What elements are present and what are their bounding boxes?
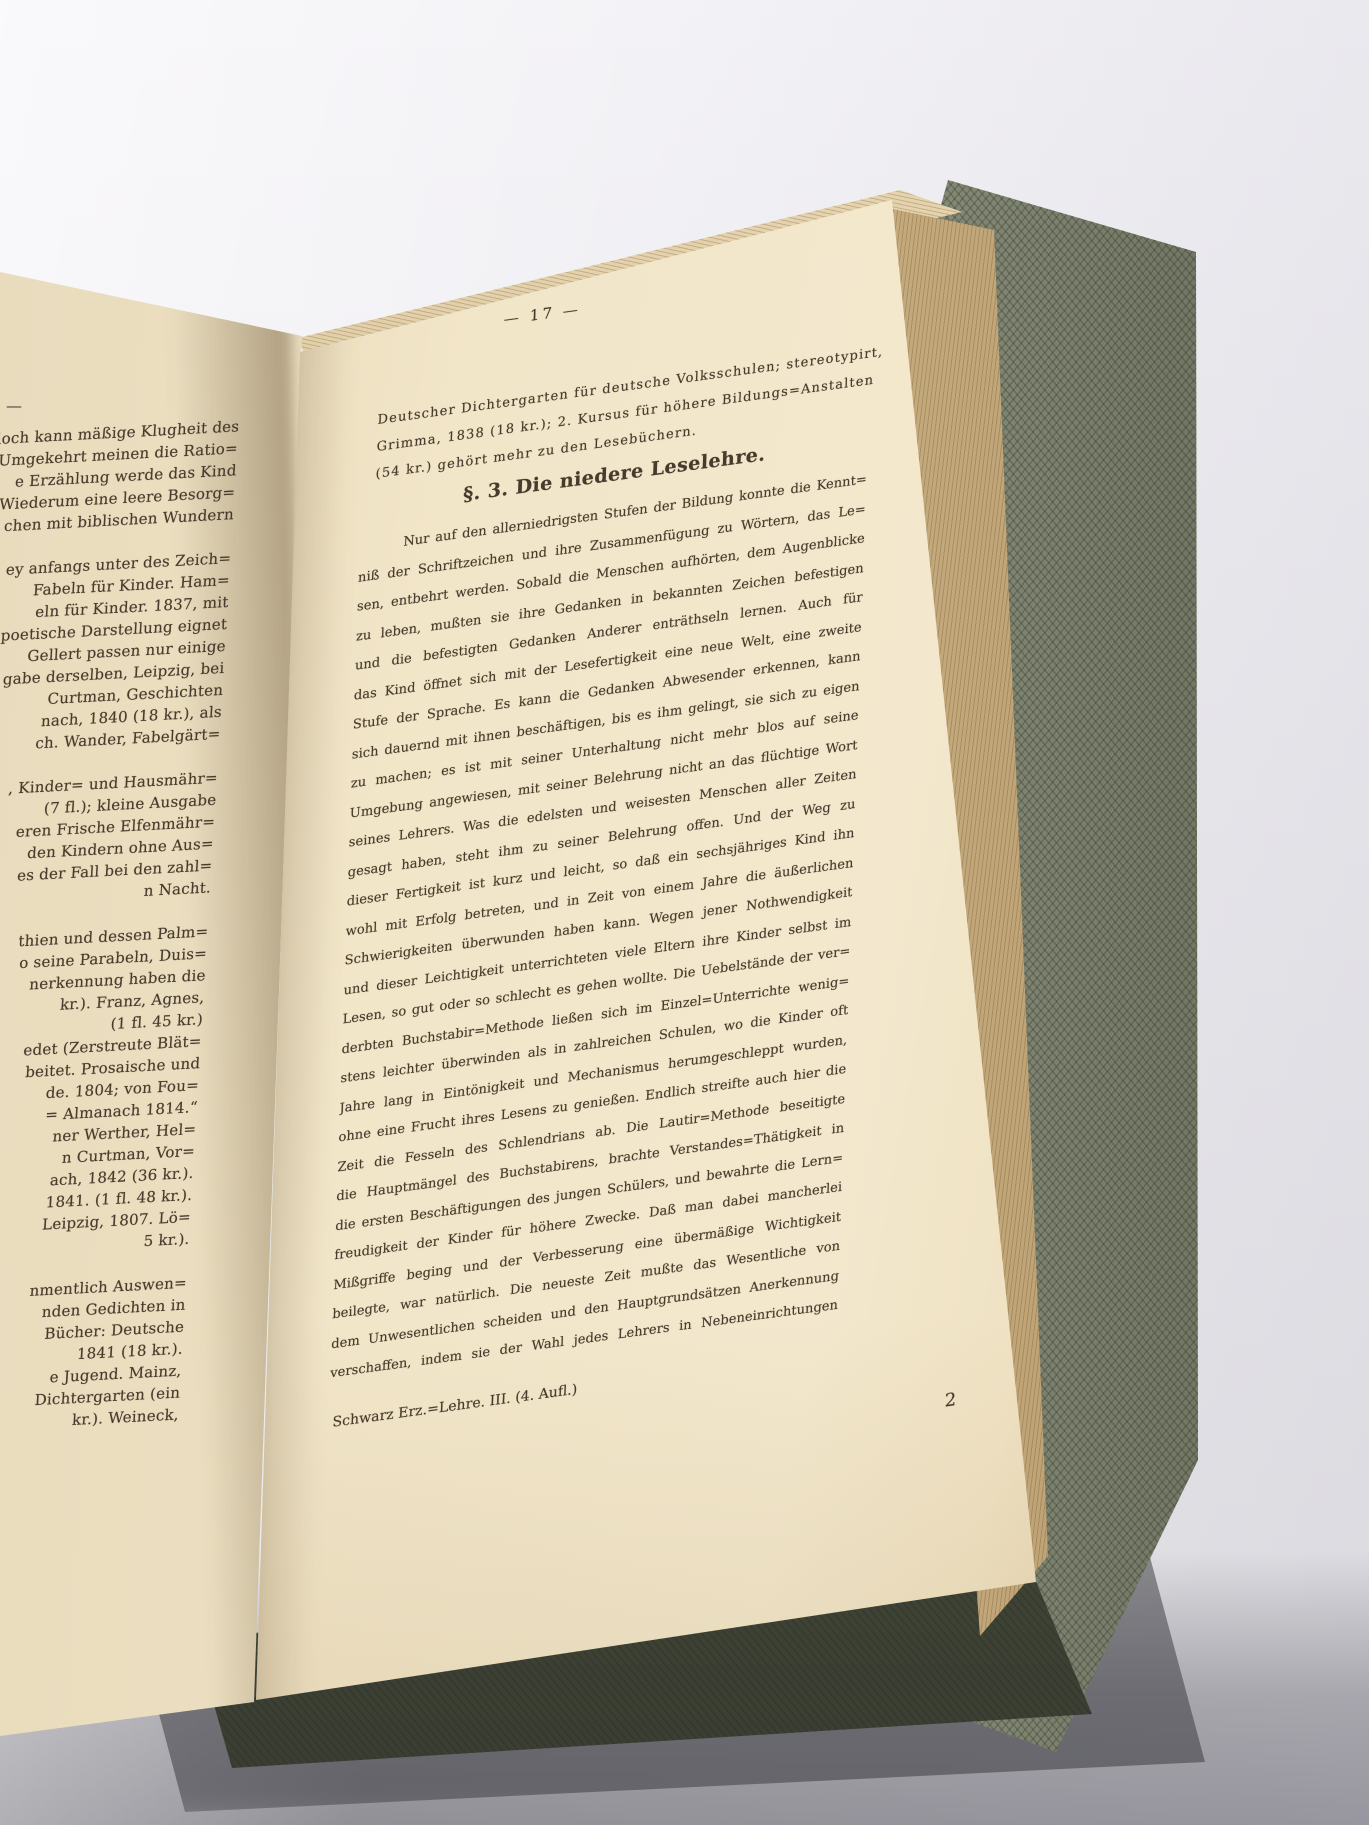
right-page-text-block: — 17 — Deutscher Dichtergarten für deuts…	[328, 224, 875, 1430]
left-page-edge-dash: —	[6, 396, 22, 415]
book-photo-scene: — doch kann mäßige Klugheit desUmgekehrt…	[0, 0, 1369, 1825]
sheet-signature-mark: 2	[944, 1389, 956, 1412]
body-paragraph: Nur auf den allerniedrigsten Stufen der …	[330, 465, 868, 1389]
text-line: kr.). Weineck,	[0, 1403, 180, 1455]
